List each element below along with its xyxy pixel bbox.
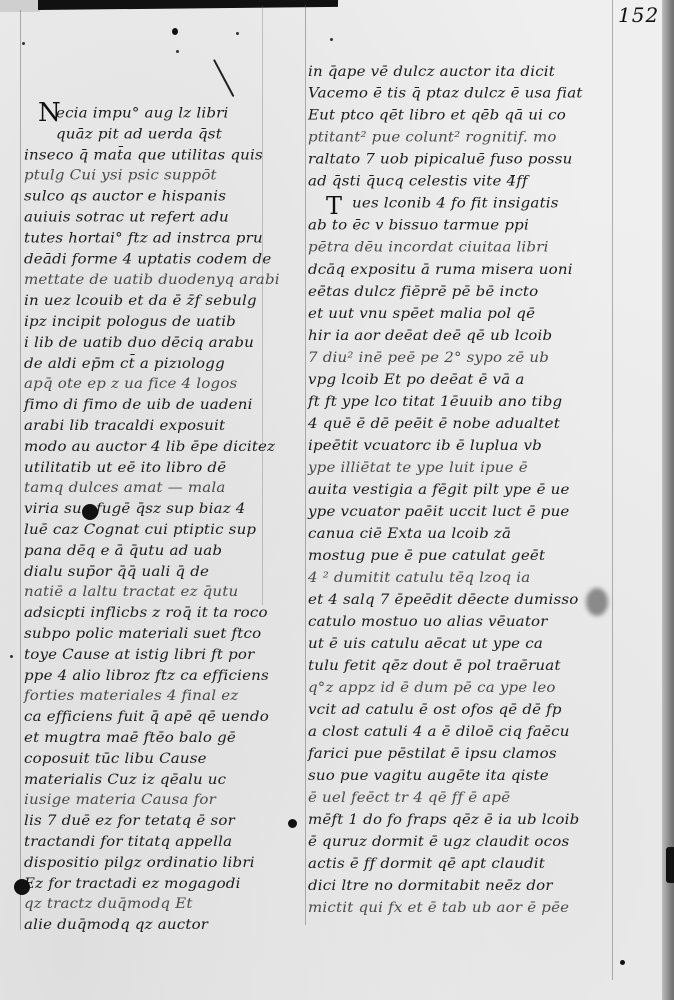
manuscript-line: auita vestigia a fēgit pilt ype ē ue xyxy=(308,480,570,497)
manuscript-line: iusige materia Causa for xyxy=(24,791,216,808)
manuscript-line: tulu fetit qēz dout ē pol traēruat xyxy=(308,656,561,673)
manuscript-line: sulco qs auctor e hispanis xyxy=(24,188,226,205)
manuscript-line: de aldi ep̄m ct̄ a pizıologg xyxy=(24,354,225,371)
manuscript-line: ē quruz dormit ē ugz claudit ocos xyxy=(308,832,569,849)
manuscript-line: ptulg Cui ysi psic suppōt xyxy=(24,167,217,184)
ink-blot xyxy=(82,504,98,520)
manuscript-line: dialu sup̄or q̄q̄ uali q̄ de xyxy=(24,562,209,579)
manuscript-line: i lib de uatib duo dēciq arabu xyxy=(24,333,254,350)
manuscript-line: dispositio pilgz ordinatio libri xyxy=(24,853,255,870)
manuscript-line: in q̄ape vē dulcz auctor ita dicit xyxy=(308,62,555,79)
folio-number: 152 xyxy=(618,3,659,27)
manuscript-line: ē uel feēct tr 4 qē ff ē apē xyxy=(308,788,510,805)
manuscript-line: mostug pue ē pue catulat geēt xyxy=(308,546,545,563)
ruling-line-left-column-end xyxy=(262,5,263,605)
ink-blot xyxy=(288,819,297,828)
manuscript-line: luē caz Cognat cui ptiptic sup xyxy=(24,520,256,537)
ruling-line-left-margin xyxy=(20,10,21,930)
manuscript-line: in uez lcouib et da ē z̄f sebulg xyxy=(24,292,257,309)
manuscript-line: actis ē ff dormit qē apt claudit xyxy=(308,854,545,871)
manuscript-line: arabi lib tracaldi exposuit xyxy=(24,416,225,433)
manuscript-line: vcit ad catulu ē ost ofos qē dē fp xyxy=(308,700,562,717)
manuscript-line: deādi forme 4 uptatis codem de xyxy=(24,250,271,267)
manuscript-line: tractandi for titatq appella xyxy=(24,832,232,849)
manuscript-line: alie duq̄modq qz auctor xyxy=(24,916,208,933)
manuscript-line: auiuis sotrac ut refert adu xyxy=(24,208,229,225)
manuscript-line: mettate de uatib duodenyq arabi xyxy=(24,271,280,288)
manuscript-page: 152 N T ecia impu° aug lz libriquāz pit … xyxy=(0,0,674,1000)
marginal-stroke-mark xyxy=(213,59,234,97)
speck xyxy=(10,655,13,658)
manuscript-line: et uut vnu spēet malia pol qē xyxy=(308,304,535,321)
manuscript-line: adsicpti inflicbs z roq̄ it ta roco xyxy=(24,604,268,621)
manuscript-line: quāz pit ad uerda q̄st xyxy=(56,125,222,142)
manuscript-line: ad q̄sti q̄ucq celestis vite 4̄ff xyxy=(308,172,528,189)
manuscript-line: coposuit tūc libu Cause xyxy=(24,749,207,766)
manuscript-line: canua ciē Exta ua lcoib zā xyxy=(308,524,511,541)
manuscript-line: ut ē uis catulu aēcat ut ype ca xyxy=(308,634,543,651)
manuscript-line: Vacemo ē tis q̄ ptaz dulcz ē usa fiat xyxy=(308,84,583,101)
ink-blot xyxy=(172,28,178,35)
manuscript-line: ecia impu° aug lz libri xyxy=(56,104,229,121)
manuscript-line: mictit qui fx et ē tab ub aor ē pēe xyxy=(308,898,569,915)
manuscript-line: utilitatib ut eē ito libro dē xyxy=(24,458,226,475)
manuscript-line: eētas dulcz fiēprē pē bē incto xyxy=(308,282,538,299)
manuscript-line: et 4 salq 7 ēpeēdit dēecte dumisso xyxy=(308,590,578,607)
speck xyxy=(176,50,179,53)
manuscript-line: tutes hortai° ftz ad instrca pru xyxy=(24,229,263,246)
manuscript-line: ft ft ype lco titat 1ēuuib ano tibg xyxy=(308,392,562,409)
manuscript-line: q°z appz id ē dum pē ca ype leo xyxy=(308,678,556,695)
manuscript-line: dici ltre no dormitabit neēz dor xyxy=(308,876,553,893)
manuscript-line: 4 ² dumitit catulu tēq lzoq ia xyxy=(308,568,530,585)
manuscript-line: ype illiētat te ype luit ipue ē xyxy=(308,458,528,475)
manuscript-line: forties materiales 4 final ez xyxy=(24,687,238,704)
manuscript-line: et mugtra maē ftēo balo gē xyxy=(24,728,236,745)
manuscript-line: ipeētit vcuatorc ib ē luplua vb xyxy=(308,436,542,453)
manuscript-line: qz tractz duq̄modq Et xyxy=(24,895,193,912)
manuscript-line: inseco q̄ mat̄a que utilitas quis xyxy=(24,146,263,163)
manuscript-line: ptitant² pue colunt² rognitif. mo xyxy=(308,128,557,145)
manuscript-line: natiē a laltu tractat ez q̄utu xyxy=(24,583,238,600)
manuscript-line: viria sua fugē q̄sz sup biaz 4 xyxy=(24,500,246,517)
manuscript-line: hir ia aor deēat deē qē ub lcoib xyxy=(308,326,552,343)
binding-dark-mark xyxy=(666,847,674,883)
manuscript-line: catulo mostuo uo alias vēuator xyxy=(308,612,548,629)
ruling-line-right-column-start xyxy=(305,5,306,925)
manuscript-line: apq̄ ote ep z ua fice 4 logos xyxy=(24,375,237,392)
speck xyxy=(236,32,239,35)
ruling-line-right-margin xyxy=(612,0,613,980)
manuscript-line: modo au auctor 4 lib ēpe dicitez xyxy=(24,437,275,454)
manuscript-line: subpo polic materiali suet ftco xyxy=(24,624,261,641)
ink-blot xyxy=(14,879,30,895)
manuscript-line: suo pue vagitu augēte ita qiste xyxy=(308,766,549,783)
manuscript-line: ca efficiens fuit q̄ apē qē uendo xyxy=(24,708,269,725)
scan-top-shadow-band xyxy=(38,0,338,10)
manuscript-line: raltato 7 uob pipicaluē fuso possu xyxy=(308,150,573,167)
manuscript-line: fimo di fimo de uib de uadeni xyxy=(24,396,253,413)
ink-blot xyxy=(620,960,625,965)
stain-smudge xyxy=(586,588,608,616)
manuscript-line: 7 diu² inē peē pe 2° sypo zē ub xyxy=(308,348,549,365)
manuscript-line: ab to ēc v bissuo tarmue ppi xyxy=(308,216,529,233)
manuscript-line: tamq dulces amat — mala xyxy=(24,479,226,496)
manuscript-line: a clost catuli 4 a ē diloē ciq faēcu xyxy=(308,722,570,739)
manuscript-line: ues lconib 4 fo fit insigatis xyxy=(352,194,559,211)
manuscript-line: vpg lcoib Et po deēat ē vā a xyxy=(308,370,524,387)
manuscript-line: toye Cause at istig libri ft por xyxy=(24,645,255,662)
manuscript-line: pana dēq e ā q̄utu ad uab xyxy=(24,541,222,558)
manuscript-line: pētra dēu incordat ciuitaa libri xyxy=(308,238,549,255)
manuscript-line: farici pue pēstilat ē ipsu clamos xyxy=(308,744,557,761)
manuscript-line: Eut ptco qēt libro et qēb qā ui co xyxy=(308,106,566,123)
manuscript-line: Ez for tractadi ez mogagodi xyxy=(24,874,241,891)
manuscript-line: ppe 4 alio libroz ftz ca efficiens xyxy=(24,666,269,683)
manuscript-line: materialis Cuz iz qēalu uc xyxy=(24,770,226,787)
manuscript-line: ipz incipit pologus de uatib xyxy=(24,312,236,329)
manuscript-line: dcāq expositu ā ruma misera uoni xyxy=(308,260,573,277)
manuscript-line: lis 7 duē ez for tetatq ē sor xyxy=(24,812,235,829)
manuscript-line: mēft 1 do fo fraps qēz ē ia ub lcoib xyxy=(308,810,579,827)
speck xyxy=(330,38,333,41)
speck xyxy=(22,42,25,45)
manuscript-line: 4 quē ē dē peēit ē nobe adualtet xyxy=(308,414,560,431)
manuscript-line: ype vcuator paēit uccit luct ē pue xyxy=(308,502,570,519)
